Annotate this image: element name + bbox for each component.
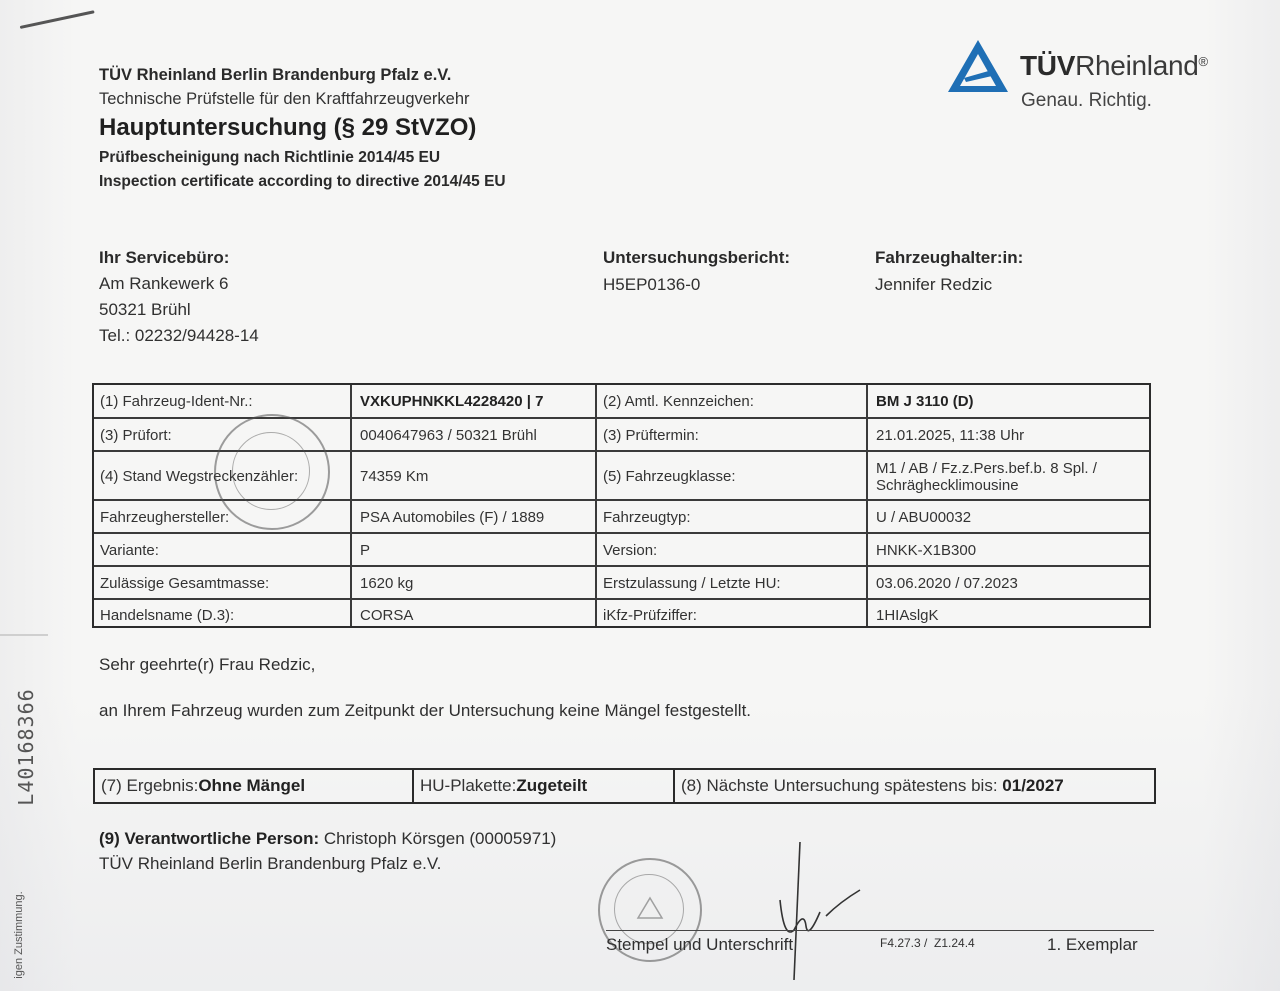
next-inspection-cell: (8) Nächste Untersuchung spätestens bis:…: [673, 770, 1154, 802]
field-value: 21.01.2025, 11:38 Uhr: [868, 419, 1151, 452]
field-value: 03.06.2020 / 07.2023: [868, 567, 1151, 600]
result-box: (7) Ergebnis: Ohne Mängel HU-Plakette: Z…: [93, 768, 1156, 804]
field-value: CORSA: [352, 600, 595, 630]
stamp-inner-ring: [232, 432, 310, 510]
field-value: 74359 Km: [352, 452, 595, 501]
plakette-label: HU-Plakette:: [420, 776, 516, 796]
table-row: (1) Fahrzeug-Ident-Nr.:VXKUPHNKKL4228420…: [94, 385, 1149, 417]
result-value: Ohne Mängel: [198, 776, 305, 796]
issuer-organization: TÜV Rheinland Berlin Brandenburg Pfalz e…: [99, 66, 451, 85]
table-row: Handelsname (D.3):CORSAiKfz-Prüfziffer:1…: [94, 598, 1149, 630]
field-label: (2) Amtl. Kennzeichen:: [597, 385, 866, 417]
margin-rule: [0, 634, 48, 636]
responsible-label: (9) Verantwortliche Person:: [99, 829, 319, 848]
field-label: Zulässige Gesamtmasse:: [94, 567, 348, 600]
signature-label: Stempel und Unterschrift: [606, 935, 793, 955]
field-value: 1620 kg: [352, 567, 595, 600]
greeting: Sehr geehrte(r) Frau Redzic,: [99, 655, 315, 675]
document-title: Hauptuntersuchung (§ 29 StVZO): [99, 114, 476, 142]
report-label: Untersuchungsbericht:: [603, 248, 790, 268]
field-value: VXKUPHNKKL4228420 | 7: [352, 385, 595, 417]
result-label: (7) Ergebnis:: [101, 776, 198, 796]
field-label: Handelsname (D.3):: [94, 600, 348, 630]
field-value: PSA Automobiles (F) / 1889: [352, 501, 595, 534]
field-value: 1HIAslgK: [868, 600, 1151, 630]
plakette-cell: HU-Plakette: Zugeteilt: [412, 770, 673, 802]
field-value: BM J 3110 (D): [868, 385, 1151, 417]
field-value: U / ABU00032: [868, 501, 1151, 534]
pen-mark: [20, 10, 95, 29]
signature-line: [606, 930, 1154, 931]
inspection-stamp: [214, 414, 330, 530]
next-inspection-value: 01/2027: [1002, 776, 1063, 796]
service-office-phone: Tel.: 02232/94428-14: [99, 326, 259, 346]
certificate-english: Inspection certificate according to dire…: [99, 173, 506, 191]
service-office-city: 50321 Brühl: [99, 300, 191, 320]
issuer-subtitle: Technische Prüfstelle für den Kraftfahrz…: [99, 90, 470, 109]
margin-serial-text: L40168366: [14, 688, 38, 805]
service-office-street: Am Rankewerk 6: [99, 274, 228, 294]
holder-name: Jennifer Redzic: [875, 275, 992, 295]
field-value: 0040647963 / 50321 Brühl: [352, 419, 595, 452]
responsible-person: (9) Verantwortliche Person: Christoph Kö…: [99, 829, 556, 849]
service-office-label: Ihr Servicebüro:: [99, 248, 229, 268]
field-label: Version:: [597, 534, 866, 567]
result-cell: (7) Ergebnis: Ohne Mängel: [95, 770, 412, 802]
brand-wordmark: TÜVRheinland®: [1020, 50, 1208, 82]
report-number: H5EP0136-0: [603, 275, 700, 295]
responsible-organization: TÜV Rheinland Berlin Brandenburg Pfalz e…: [99, 854, 441, 874]
margin-serial: L40168366: [6, 672, 46, 822]
signature-scribble: [760, 840, 870, 990]
letter-body: an Ihrem Fahrzeug wurden zum Zeitpunkt d…: [99, 701, 751, 721]
table-row: Zulässige Gesamtmasse:1620 kgErstzulassu…: [94, 565, 1149, 600]
form-code: F4.27.3 / Z1.24.4: [880, 936, 975, 950]
plakette-value: Zugeteilt: [516, 776, 587, 796]
table-row: Variante:PVersion:HNKK-X1B300: [94, 532, 1149, 567]
holder-label: Fahrzeughalter:in:: [875, 248, 1023, 268]
brand-tagline: Genau. Richtig.: [1021, 90, 1152, 112]
next-inspection-label: (8) Nächste Untersuchung spätestens bis:: [681, 776, 1002, 796]
certificate-german: Prüfbescheinigung nach Richtlinie 2014/4…: [99, 149, 440, 167]
copy-label: 1. Exemplar: [1047, 935, 1138, 955]
field-label: Variante:: [94, 534, 348, 567]
margin-note: igen Zustimmung.: [4, 880, 34, 990]
field-label: (3) Prüftermin:: [597, 419, 866, 452]
tuv-triangle-logo-icon: [946, 38, 1010, 94]
margin-note-text: igen Zustimmung.: [13, 891, 25, 978]
field-value: M1 / AB / Fz.z.Pers.bef.b. 8 Spl. / Schr…: [868, 452, 1151, 501]
field-label: iKfz-Prüfziffer:: [597, 600, 866, 630]
field-value: HNKK-X1B300: [868, 534, 1151, 567]
stamp-triangle-icon: [636, 896, 664, 920]
field-label: (1) Fahrzeug-Ident-Nr.:: [94, 385, 348, 417]
field-label: (5) Fahrzeugklasse:: [597, 452, 866, 501]
field-label: Erstzulassung / Letzte HU:: [597, 567, 866, 600]
field-label: Fahrzeugtyp:: [597, 501, 866, 534]
field-value: P: [352, 534, 595, 567]
responsible-name: Christoph Körsgen (00005971): [319, 829, 556, 848]
